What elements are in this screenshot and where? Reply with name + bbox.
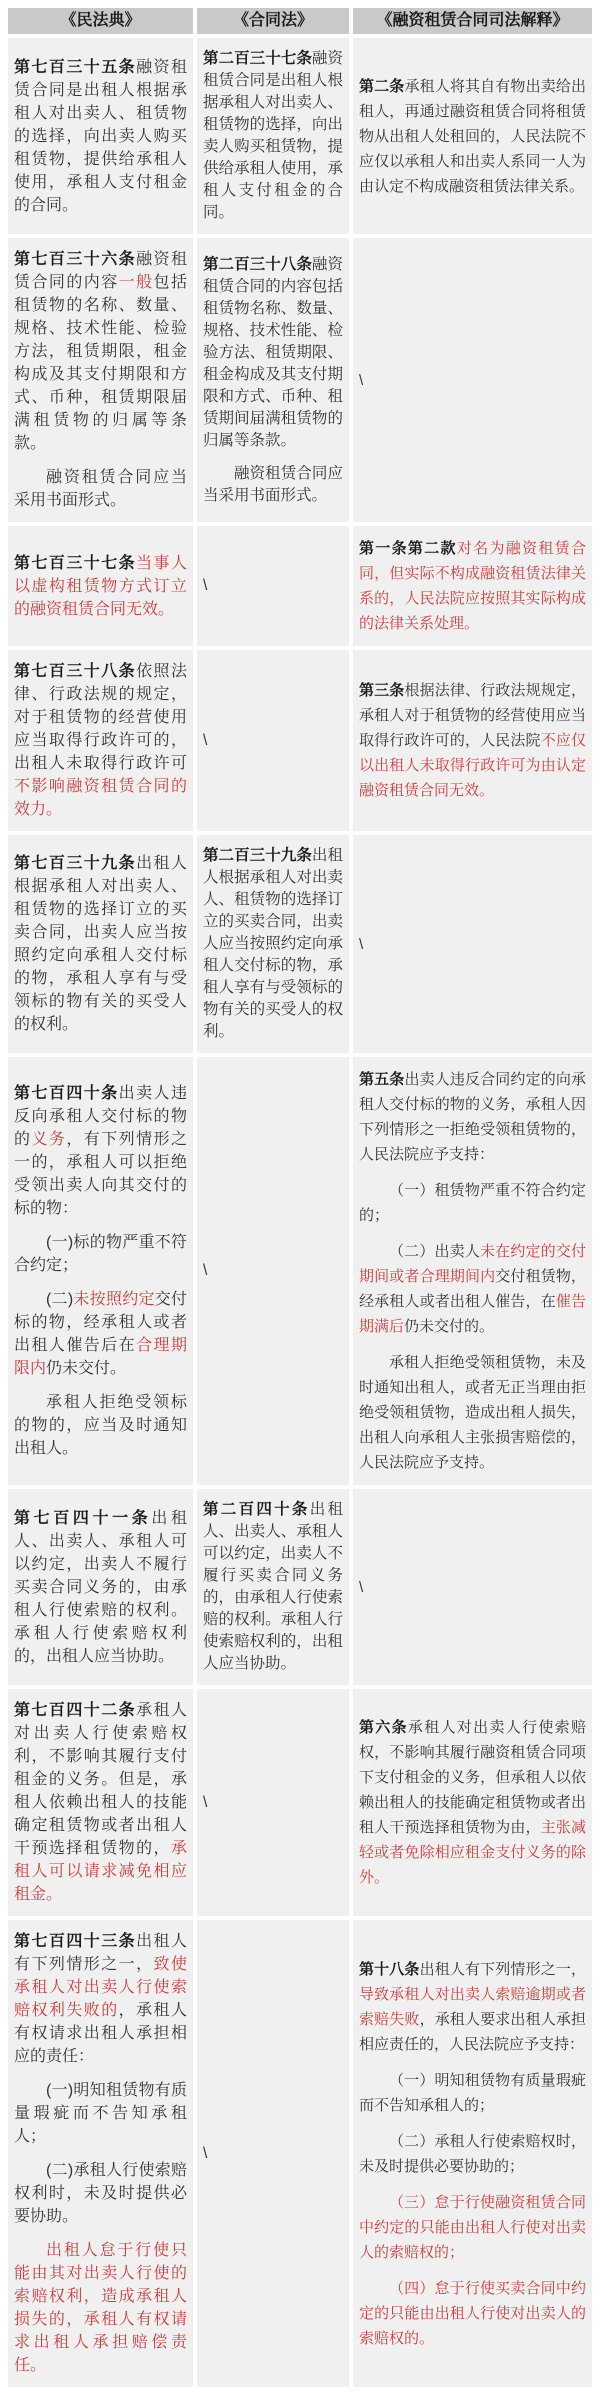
comparison-table-body: 第七百三十五条融资租赁合同是出租人根据承租人对出卖人、租赁物的选择，向出卖人购买… xyxy=(8,38,592,2387)
law-article-cell: 第七百三十八条依照法律、行政法规的规定，对于租赁物的经营使用应当取得行政许可的，… xyxy=(8,650,193,831)
text-run: 出租人根据承租人对出卖人、租赁物的选择订立的买卖合同，出卖人应当按照约定向承租人… xyxy=(203,847,343,1040)
text-run: 承租人拒绝受领租赁物，未及时通知出租人，或者无正当理由拒绝受领租赁物，造成出租人… xyxy=(359,1354,586,1471)
paragraph: 第五条出卖人违反合同约定的向承租人交付标的物的义务，承租人因下列情形之一拒绝受领… xyxy=(359,1067,586,1167)
text-run: 融资租赁合同是出租人根据承租人对出卖人、租赁物的选择，向出卖人购买租赁物，提供给… xyxy=(203,50,343,221)
law-article-cell: 第七百四十条出卖人违反向承租人交付标的物的义务，有下列情形之一的，承租人可以拒绝… xyxy=(8,1057,193,1485)
paragraph: 第二百四十条出租人、出卖人、承租人可以约定，出卖人不履行买卖合同义务的，由承租人… xyxy=(203,1499,343,1675)
paragraph: 第七百四十条出卖人违反向承租人交付标的物的义务，有下列情形之一的，承租人可以拒绝… xyxy=(14,1082,187,1220)
law-article-cell: 第六条承租人对出卖人行使索赔权，不影响其履行融资租赁合同项下支付租金的义务，但承… xyxy=(353,1689,592,1916)
text-run: 承租人将其自有物出卖给出租人，再通过融资租赁合同将租赁物从出租人处租回的，人民法… xyxy=(359,78,586,195)
law-article-cell: 第三条根据法律、行政法规规定，承租人对于租赁物的经营使用应当取得行政许可的，人民… xyxy=(353,650,592,831)
highlighted-text: 义务 xyxy=(31,1131,66,1148)
text-run: （二）出卖人 xyxy=(389,1243,480,1260)
article-number: 第七百三十八条 xyxy=(14,663,136,680)
empty-cell: \ xyxy=(197,1920,349,2387)
article-number: 第七百三十六条 xyxy=(14,251,136,268)
law-article-cell: 第二百三十八条融资租赁合同的内容包括租赁物名称、数量、规格、技术性能、检验方法、… xyxy=(197,238,349,522)
paragraph: 第七百四十二条承租人对出卖人行使索赔权利，不影响其履行支付租金的义务。但是，承租… xyxy=(14,1699,187,1906)
text-run: 融资租赁合同应当采用书面形式。 xyxy=(203,465,343,504)
law-article-cell: 第七百三十六条融资租赁合同的内容一般包括租赁物的名称、数量、规格、技术性能、检验… xyxy=(8,238,193,522)
paragraph: 第七百三十九条出租人根据承租人对出卖人、租赁物的选择订立的买卖合同，出卖人应当按… xyxy=(14,852,187,1036)
paragraph: （四）怠于行使买卖合同中约定的只能由出租人行使对出卖人的索赔权的。 xyxy=(359,2276,586,2351)
article-number: 第二条 xyxy=(359,78,404,95)
paragraph: (一)明知租赁物有质量瑕疵而不告知承租人； xyxy=(14,2079,187,2148)
text-run: 出租人、出卖人、承租人可以约定，出卖人不履行买卖合同义务的，由承租人行使索赔的权… xyxy=(14,1510,187,1665)
empty-placeholder: \ xyxy=(203,732,207,749)
table-row: 第七百三十九条出租人根据承租人对出卖人、租赁物的选择订立的买卖合同，出卖人应当按… xyxy=(8,835,592,1053)
paragraph: 第二条承租人将其自有物出卖给出租人，再通过融资租赁合同将租赁物从出租人处租回的，… xyxy=(359,74,586,199)
table-row: 第七百四十条出卖人违反向承租人交付标的物的义务，有下列情形之一的，承租人可以拒绝… xyxy=(8,1057,592,1485)
highlighted-text: 一般 xyxy=(119,274,154,291)
text-run: 承租人拒绝受领标的物的，应当及时通知出租人。 xyxy=(14,1394,187,1457)
article-number: 第二百四十条 xyxy=(203,1501,310,1518)
paragraph: 第七百三十八条依照法律、行政法规的规定，对于租赁物的经营使用应当取得行政许可的，… xyxy=(14,660,187,821)
article-number: 第七百四十一条 xyxy=(14,1510,151,1527)
empty-cell: \ xyxy=(197,1057,349,1485)
text-run: 承租人对出卖人行使索赔权利，不影响其履行支付租金的义务。但是，承租人依赖出租人的… xyxy=(14,1702,187,1857)
paragraph: 第七百三十五条融资租赁合同是出租人根据承租人对出卖人、租赁物的选择，向出卖人购买… xyxy=(14,56,187,217)
paragraph: 第十八条出租人有下列情形之一，导致承租人对出卖人索赔逾期或者索赔失败，承租人要求… xyxy=(359,1957,586,2057)
text-run: (二)承租人行使索赔权利时，未及时提供必要协助。 xyxy=(14,2162,187,2225)
empty-placeholder: \ xyxy=(203,577,207,594)
law-article-cell: 第二百三十七条融资租赁合同是出租人根据承租人对出卖人、租赁物的选择，向出卖人购买… xyxy=(197,38,349,234)
highlighted-text: （四）怠于行使买卖合同中约定的只能由出租人行使对出卖人的索赔权的。 xyxy=(359,2280,586,2347)
empty-placeholder: \ xyxy=(359,372,363,389)
table-row: 第七百三十五条融资租赁合同是出租人根据承租人对出卖人、租赁物的选择，向出卖人购买… xyxy=(8,38,592,234)
text-run: (一)明知租赁物有质量瑕疵而不告知承租人； xyxy=(14,2082,187,2145)
paragraph: 第七百三十七条当事人以虚构租赁物方式订立的融资租赁合同无效。 xyxy=(14,552,187,621)
paragraph: 承租人拒绝受领租赁物，未及时通知出租人，或者无正当理由拒绝受领租赁物，造成出租人… xyxy=(359,1350,586,1475)
article-number: 第七百三十七条 xyxy=(14,555,136,572)
law-article-cell: 第七百四十一条出租人、出卖人、承租人可以约定，出卖人不履行买卖合同义务的，由承租… xyxy=(8,1489,193,1685)
highlighted-text: 不影响融资租赁合同的效力。 xyxy=(14,778,187,818)
paragraph: 融资租赁合同应当采用书面形式。 xyxy=(14,466,187,512)
paragraph: (二)未按照约定交付标的物，经承租人或者出租人催告后在合理期限内仍未交付。 xyxy=(14,1288,187,1380)
article-number: 第二百三十九条 xyxy=(203,847,312,864)
law-article-cell: 第十八条出租人有下列情形之一，导致承租人对出卖人索赔逾期或者索赔失败，承租人要求… xyxy=(353,1920,592,2387)
law-article-cell: 第二百四十条出租人、出卖人、承租人可以约定，出卖人不履行买卖合同义务的，由承租人… xyxy=(197,1489,349,1685)
text-run: （一）租赁物严重不符合约定的； xyxy=(359,1182,586,1224)
empty-placeholder: \ xyxy=(359,936,363,953)
empty-cell: \ xyxy=(353,835,592,1053)
paragraph: 第一条第二款对名为融资租赁合同，但实际不构成融资租赁法律关系的，人民法院应按照其… xyxy=(359,536,586,636)
article-number: 第二百三十八条 xyxy=(203,256,312,273)
paragraph: (二)承租人行使索赔权利时，未及时提供必要协助。 xyxy=(14,2159,187,2228)
law-article-cell: 第二百三十九条出租人根据承租人对出卖人、租赁物的选择订立的买卖合同，出卖人应当按… xyxy=(197,835,349,1053)
text-run: 包括租赁物的名称、数量、规格、技术性能、检验方法，租赁期限，租金构成及其支付期限… xyxy=(14,274,187,452)
highlighted-text: 未按照约定 xyxy=(73,1291,155,1308)
paragraph: 第七百三十六条融资租赁合同的内容一般包括租赁物的名称、数量、规格、技术性能、检验… xyxy=(14,248,187,455)
paragraph: （三）怠于行使融资租赁合同中约定的只能由出租人行使对出卖人的索赔权的； xyxy=(359,2190,586,2265)
paragraph: 第七百四十三条出租人有下列情形之一，致使承租人对出卖人行使索赔权利失败的，承租人… xyxy=(14,1930,187,2068)
paragraph: 第三条根据法律、行政法规规定，承租人对于租赁物的经营使用应当取得行政许可的，人民… xyxy=(359,678,586,803)
text-run: (一)标的物严重不符合约定； xyxy=(14,1234,187,1274)
article-number: 第七百四十条 xyxy=(14,1085,119,1102)
article-number: 第七百四十二条 xyxy=(14,1702,136,1719)
highlighted-text: （三）怠于行使融资租赁合同中约定的只能由出租人行使对出卖人的索赔权的； xyxy=(359,2194,586,2261)
column-header-civil-code: 《民法典》 xyxy=(8,8,193,34)
paragraph: 第二百三十七条融资租赁合同是出租人根据承租人对出卖人、租赁物的选择，向出卖人购买… xyxy=(203,48,343,224)
law-article-cell: 第一条第二款对名为融资租赁合同，但实际不构成融资租赁法律关系的，人民法院应按照其… xyxy=(353,526,592,646)
paragraph: 第二百三十九条出租人根据承租人对出卖人、租赁物的选择订立的买卖合同，出卖人应当按… xyxy=(203,845,343,1043)
column-header-contract-law: 《合同法》 xyxy=(197,8,349,34)
text-run: 融资租赁合同的内容包括租赁物名称、数量、规格、技术性能、检验方法、租赁期限、租金… xyxy=(203,256,343,449)
empty-cell: \ xyxy=(353,1489,592,1685)
empty-cell: \ xyxy=(197,650,349,831)
table-row: 第七百三十七条当事人以虚构租赁物方式订立的融资租赁合同无效。\第一条第二款对名为… xyxy=(8,526,592,646)
text-run: 出租人、出卖人、承租人可以约定，出卖人不履行买卖合同义务的，由承租人行使索赔的权… xyxy=(203,1501,343,1672)
law-article-cell: 第七百四十三条出租人有下列情形之一，致使承租人对出卖人行使索赔权利失败的，承租人… xyxy=(8,1920,193,2387)
table-row: 第七百四十一条出租人、出卖人、承租人可以约定，出卖人不履行买卖合同义务的，由承租… xyxy=(8,1489,592,1685)
paragraph: 第六条承租人对出卖人行使索赔权，不影响其履行融资租赁合同项下支付租金的义务，但承… xyxy=(359,1715,586,1890)
text-run: （一）明知租赁物有质量瑕疵而不告知承租人的； xyxy=(359,2072,586,2114)
empty-placeholder: \ xyxy=(203,1262,207,1279)
text-run: 出租人有下列情形之一， xyxy=(420,1961,586,1978)
paragraph: 融资租赁合同应当采用书面形式。 xyxy=(203,463,343,507)
law-article-cell: 第七百四十二条承租人对出卖人行使索赔权利，不影响其履行支付租金的义务。但是，承租… xyxy=(8,1689,193,1916)
article-number: 第七百三十五条 xyxy=(14,59,136,76)
paragraph: (一)标的物严重不符合约定； xyxy=(14,1231,187,1277)
article-number: 第十八条 xyxy=(359,1961,420,1978)
text-run: 出租人根据承租人对出卖人、租赁物的选择订立的买卖合同，出卖人应当按照约定向承租人… xyxy=(14,855,187,1033)
article-number: 第七百四十三条 xyxy=(14,1933,136,1950)
paragraph: 承租人拒绝受领标的物的，应当及时通知出租人。 xyxy=(14,1391,187,1460)
paragraph: 第二百三十八条融资租赁合同的内容包括租赁物名称、数量、规格、技术性能、检验方法、… xyxy=(203,254,343,452)
article-number: 第一条第二款 xyxy=(359,540,457,557)
paragraph: （一）明知租赁物有质量瑕疵而不告知承租人的； xyxy=(359,2068,586,2118)
text-run: 融资租赁合同是出租人根据承租人对出卖人、租赁物的选择，向出卖人购买租赁物，提供给… xyxy=(14,59,187,214)
empty-placeholder: \ xyxy=(203,2145,207,2162)
article-number: 第三条 xyxy=(359,682,404,699)
table-row: 第七百三十六条融资租赁合同的内容一般包括租赁物的名称、数量、规格、技术性能、检验… xyxy=(8,238,592,522)
text-run: 仍未交付的。 xyxy=(404,1318,494,1335)
text-run: （二）承租人行使索赔权时，未及时提供必要协助的； xyxy=(359,2133,586,2175)
header-row: 《民法典》 《合同法》 《融资租赁合同司法解释》 xyxy=(8,8,592,34)
empty-cell: \ xyxy=(197,1689,349,1916)
law-article-cell: 第七百三十九条出租人根据承租人对出卖人、租赁物的选择订立的买卖合同，出卖人应当按… xyxy=(8,835,193,1053)
empty-placeholder: \ xyxy=(359,1579,363,1596)
paragraph: （二）出卖人未在约定的交付期间或者合理期间内交付租赁物，经承租人或者出租人催告，… xyxy=(359,1239,586,1339)
paragraph: （二）承租人行使索赔权时，未及时提供必要协助的； xyxy=(359,2129,586,2179)
law-article-cell: 第五条出卖人违反合同约定的向承租人交付标的物的义务，承租人因下列情形之一拒绝受领… xyxy=(353,1057,592,1485)
article-number: 第二百三十七条 xyxy=(203,50,312,67)
highlighted-text: 出租人怠于行使只能由其对出卖人行使的索赔权利，造成承租人损失的，承租人有权请求出… xyxy=(14,2242,187,2374)
article-number: 第七百三十九条 xyxy=(14,855,136,872)
empty-cell: \ xyxy=(197,526,349,646)
paragraph: （一）租赁物严重不符合约定的； xyxy=(359,1178,586,1228)
text-run: 仍未交付。 xyxy=(46,1360,126,1377)
empty-placeholder: \ xyxy=(203,1794,207,1811)
table-row: 第七百四十二条承租人对出卖人行使索赔权利，不影响其履行支付租金的义务。但是，承租… xyxy=(8,1689,592,1916)
empty-cell: \ xyxy=(353,238,592,522)
table-row: 第七百四十三条出租人有下列情形之一，致使承租人对出卖人行使索赔权利失败的，承租人… xyxy=(8,1920,592,2387)
law-comparison-table: 《民法典》 《合同法》 《融资租赁合同司法解释》 第七百三十五条融资租赁合同是出… xyxy=(4,4,596,2391)
article-number: 第六条 xyxy=(359,1719,408,1736)
page: { "colors": { "header_bg": "#c9c9c9", "c… xyxy=(0,0,600,2395)
text-run: (二) xyxy=(46,1291,73,1308)
law-article-cell: 第二条承租人将其自有物出卖给出租人，再通过融资租赁合同将租赁物从出租人处租回的，… xyxy=(353,38,592,234)
table-row: 第七百三十八条依照法律、行政法规的规定，对于租赁物的经营使用应当取得行政许可的，… xyxy=(8,650,592,831)
law-article-cell: 第七百三十七条当事人以虚构租赁物方式订立的融资租赁合同无效。 xyxy=(8,526,193,646)
paragraph: 出租人怠于行使只能由其对出卖人行使的索赔权利，造成承租人损失的，承租人有权请求出… xyxy=(14,2239,187,2377)
article-number: 第五条 xyxy=(359,1071,404,1088)
law-article-cell: 第七百三十五条融资租赁合同是出租人根据承租人对出卖人、租赁物的选择，向出卖人购买… xyxy=(8,38,193,234)
column-header-judicial-interpretation: 《融资租赁合同司法解释》 xyxy=(353,8,592,34)
paragraph: 第七百四十一条出租人、出卖人、承租人可以约定，出卖人不履行买卖合同义务的，由承租… xyxy=(14,1507,187,1668)
text-run: 融资租赁合同应当采用书面形式。 xyxy=(14,469,187,509)
